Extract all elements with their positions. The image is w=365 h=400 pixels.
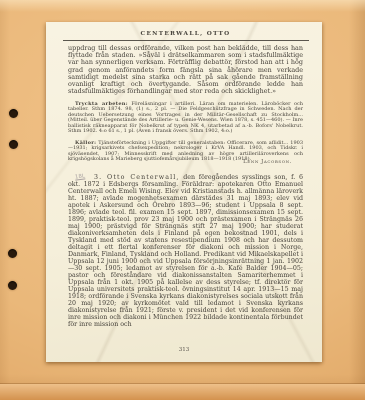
punch-hole — [8, 281, 17, 290]
continuation-paragraph: uppdrag till dessas ordförande, vilken p… — [68, 45, 303, 95]
punch-hole — [8, 249, 17, 258]
handwritten-margin-note: 18L — [75, 173, 86, 180]
biography-lead: 3. Otto Centerwall, — [94, 174, 179, 181]
printed-works-text: Föreläsningar i artilleri. Läran om mate… — [68, 101, 303, 134]
card-bottom-edge — [0, 384, 365, 400]
header-rule — [63, 40, 309, 41]
biography-text: den föregåendes sysslings son, f. 6 okt.… — [68, 174, 303, 328]
scanned-book-page: CENTERWALL, OTTO uppdrag till dessas ord… — [46, 22, 322, 362]
punch-hole — [9, 140, 18, 149]
author-signature: Lenn Jacobson. — [243, 159, 292, 165]
punch-hole — [9, 109, 18, 118]
album-card-background: CENTERWALL, OTTO uppdrag till dessas ord… — [0, 0, 365, 400]
biography-paragraph: 3. Otto Centerwall, den föregåendes syss… — [68, 174, 303, 328]
running-header: CENTERWALL, OTTO — [68, 31, 303, 37]
printed-works-paragraph: Tryckta arbeten: Föreläsningar i artille… — [68, 102, 303, 134]
page-number: 313 — [46, 347, 322, 353]
